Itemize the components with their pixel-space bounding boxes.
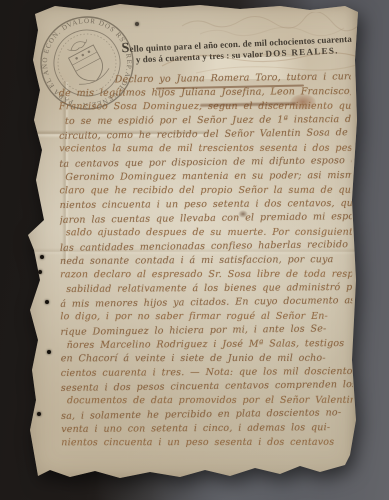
- manuscript-line: neda sonante contada i á mi satisfaccion…: [60, 253, 352, 269]
- manuscript-line: nientos cincuenta i un peso sesenta i do…: [61, 436, 353, 451]
- stitch-hole: [37, 412, 41, 416]
- manuscript-line: en Chacorí á veinte i siete de Junio de …: [61, 352, 353, 367]
- manuscript-line: razon declaro al espresado Sr. Sosa libr…: [60, 268, 352, 283]
- manuscript-line: claro que he recibido del propio Señor l…: [59, 184, 351, 199]
- stitch-hole: [47, 350, 51, 354]
- stitch-hole: [38, 270, 42, 274]
- manuscript-line: Geronimo Dominguez mantenia en su poder;…: [65, 169, 351, 185]
- paper-sheet: VALOR DOS RS. · REP.A DE VENEZ.A · PARA …: [28, 2, 362, 482]
- manuscript-line: ñores Marcelino Rodriguez i José Mª Sala…: [67, 337, 353, 353]
- stitch-hole: [40, 255, 44, 259]
- stitch-hole: [45, 300, 49, 304]
- photo-of-document: VALOR DOS RS. · REP.A DE VENEZ.A · PARA …: [0, 0, 389, 500]
- aged-paper: VALOR DOS RS. · REP.A DE VENEZ.A · PARA …: [28, 2, 362, 482]
- manuscript: Declaro yo Juana Romera Toro, tutora i c…: [59, 71, 354, 451]
- manuscript-line: Francisco Sosa Dominguez, segun el disce…: [59, 100, 351, 115]
- manuscript-line: venta i uno con setenta i cinco, i adema…: [61, 421, 353, 437]
